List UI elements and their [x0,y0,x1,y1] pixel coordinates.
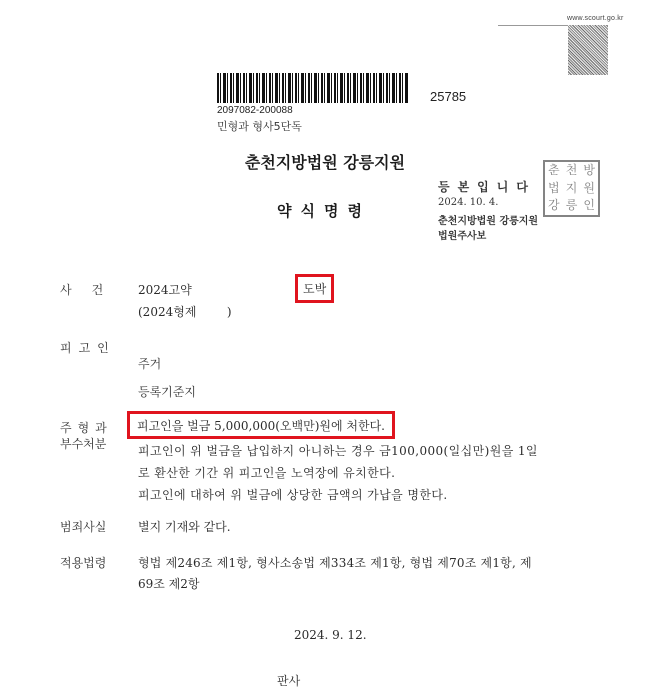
site-url: www.scourt.go.kr [567,15,624,22]
address-label: 주거 [138,355,161,372]
department: 민형과 형사5단독 [217,118,302,134]
judge-label: 판사 [277,672,300,689]
sentence-label-2: 부수처분 [60,435,106,452]
certification-date: 2024. 10. 4. [438,197,498,208]
facts-text: 별지 기재와 같다. [138,518,231,535]
seal-char: 강 [545,197,563,215]
barcode-number: 2097082-200088 [217,105,293,116]
seal-char: 법 [545,180,563,198]
barcode-icon [217,73,408,103]
certification-title: 등본입니다 [438,178,536,195]
applicable-law-label: 적용법령 [60,554,106,571]
sentence-line: 피고인이 위 벌금을 납입하지 아니하는 경우 금100,000(일십만)원을 … [138,442,538,459]
defendant-label: 피고인 [60,339,116,356]
document-title: 약식명령 [277,200,371,221]
case-number: 2024고약 [138,281,192,298]
seal-char: 원 [580,180,598,198]
sentence-main: 피고인을 벌금 5,000,000(오백만)원에 처한다. [137,419,385,433]
case-label: 사건 [60,281,123,298]
document-number: 25785 [430,89,466,104]
applicable-law-line: 69조 제2항 [138,575,200,592]
seal-char: 릉 [563,197,581,215]
sentence-line: 로 환산한 기간 위 피고인을 노역장에 유치한다. [138,464,395,481]
seal-char: 춘 [545,162,563,180]
applicable-law-line: 형법 제246조 제1항, 형사소송법 제334조 제1항, 형법 제70조 제… [138,554,532,571]
sentence-label: 주형과 [60,419,113,436]
seal-char: 지 [563,180,581,198]
case-subnumber: (2024형제 ) [138,303,232,320]
facts-label: 범죄사실 [60,518,106,535]
seal-char: 천 [563,162,581,180]
issue-date: 2024. 9. 12. [294,628,367,642]
certification-office: 법원주사보 [438,227,486,242]
header-rule [498,25,568,26]
case-name-highlight: 도박 [295,274,334,303]
sentence-line: 피고인에 대하여 위 벌금에 상당한 금액의 가납을 명한다. [138,486,448,503]
certification-court: 춘천지방법원 강릉지원 [438,212,538,227]
seal-char: 인 [580,197,598,215]
qr-code-icon [568,25,608,75]
seal-char: 방 [580,162,598,180]
court-seal-icon: 춘 천 방 법 지 원 강 릉 인 [543,160,600,217]
case-name: 도박 [303,282,326,296]
sentence-highlight: 피고인을 벌금 5,000,000(오백만)원에 처한다. [127,411,395,439]
registered-domicile-label: 등록기준지 [138,383,196,400]
